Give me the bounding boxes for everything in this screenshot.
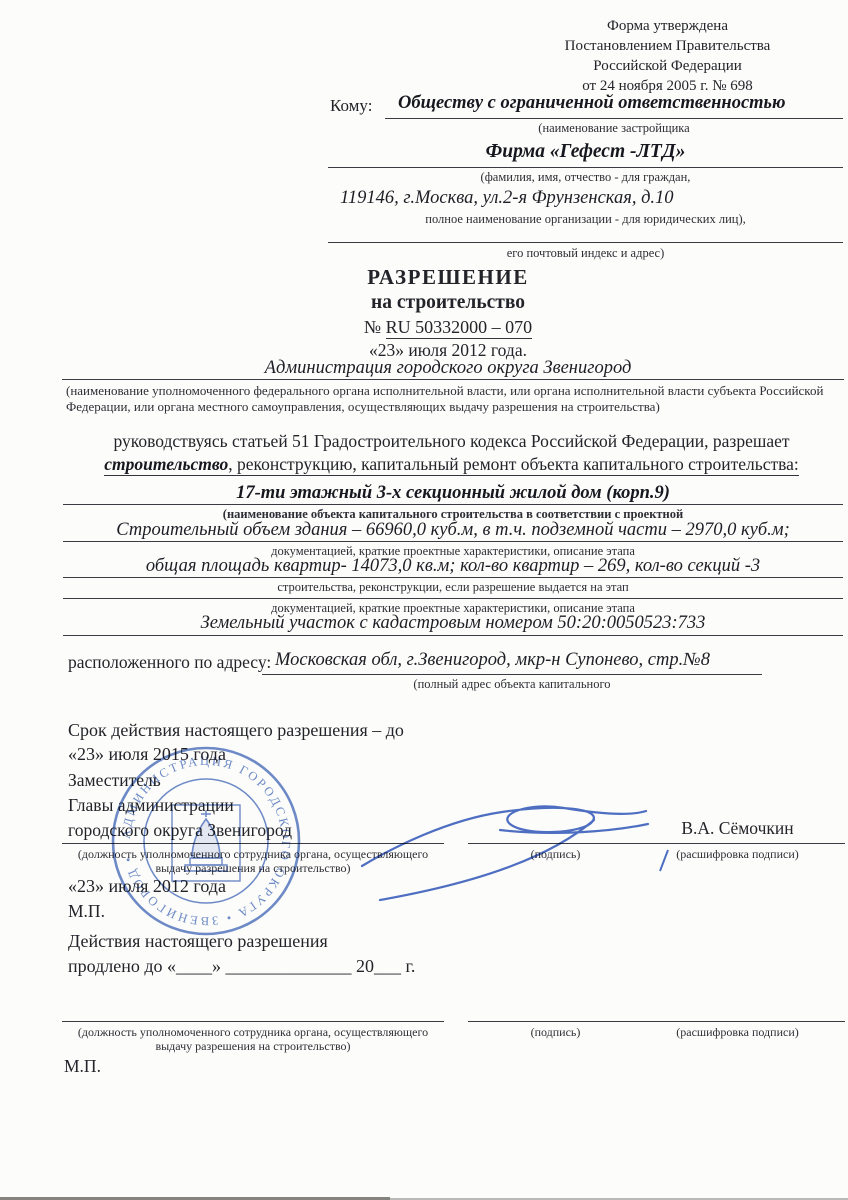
seal-place-mark: М.П.	[64, 1056, 101, 1077]
signer-name: В.А. Сёмочкин	[630, 818, 845, 839]
field-rule	[63, 504, 843, 505]
authority-caption-line: (наименование уполномоченного федерально…	[66, 383, 844, 399]
authority-caption-line: Федерации, или органа местного самоуправ…	[66, 399, 844, 415]
position-caption: (должность уполномоченного сотрудника ор…	[62, 1025, 444, 1053]
addressee-org-type: Обществу с ограниченной ответственностью	[398, 93, 786, 114]
construction-permit-document: Форма утверждена Постановлением Правител…	[0, 0, 848, 1200]
addressee-caption: (фамилия, имя, отчество - для граждан,	[328, 170, 843, 184]
official-round-stamp-icon: АДМИНИСТРАЦИЯ ГОРОДСКОГО ОКРУГА • ЗВЕНИГ…	[106, 741, 306, 941]
name-caption: (расшифровка подписи)	[630, 1025, 845, 1039]
addressee-label: Кому:	[330, 96, 372, 116]
extension-line2: продлено до «____» ______________ 20___ …	[68, 956, 415, 977]
addressee-org-address: 119146, г.Москва, ул.2-я Фрунзенская, д.…	[340, 188, 674, 209]
field-rule	[62, 1021, 444, 1022]
field-rule	[385, 118, 843, 119]
addressee-caption: полное наименование организации - для юр…	[328, 212, 843, 226]
form-approval-block: Форма утверждена Постановлением Правител…	[545, 16, 790, 96]
field-rule	[63, 635, 843, 636]
handwritten-signature-icon	[352, 778, 652, 928]
field-rule	[63, 577, 843, 578]
permit-number-value: RU 50332000 – 070	[386, 317, 533, 339]
sign-caption: (подпись)	[468, 1025, 643, 1039]
approval-line: Российской Федерации	[545, 56, 790, 76]
field-rule	[630, 1021, 845, 1022]
intro-line2-rest: , реконструкцию, капитальный ремонт объе…	[228, 454, 799, 474]
permit-number-label: №	[364, 317, 386, 337]
address-label: расположенного по адресу:	[68, 652, 271, 673]
field-rule	[62, 379, 844, 380]
address-value: Московская обл, г.Звенигород, мкр-н Супо…	[275, 650, 710, 671]
object-name-caption: (наименование объекта капитального строи…	[63, 507, 843, 521]
object-parcel: Земельный участок с кадастровым номером …	[63, 613, 843, 634]
field-rule	[630, 843, 845, 844]
authority-caption: (наименование уполномоченного федерально…	[66, 383, 844, 414]
object-area-caption: строительства, реконструкции, если разре…	[63, 580, 843, 594]
document-subtitle: на строительство	[34, 292, 848, 314]
permit-number-row: № RU 50332000 – 070	[34, 317, 848, 338]
validity-line1: Срок действия настоящего разрешения – до	[68, 720, 404, 741]
field-rule	[262, 674, 762, 675]
document-title: РАЗРЕШЕНИЕ	[34, 265, 848, 290]
approval-line: Форма утверждена	[545, 16, 790, 36]
field-rule	[328, 242, 843, 243]
approval-line: Постановлением Правительства	[545, 36, 790, 56]
field-rule	[63, 598, 843, 599]
position-caption-line: выдачу разрешения на строительство)	[62, 1039, 444, 1053]
pen-stroke-icon	[657, 848, 671, 874]
object-area: общая площадь квартир- 14073,0 кв.м; кол…	[63, 556, 843, 577]
intro-line1: руководствуясь статьей 51 Градостроитель…	[54, 431, 848, 452]
addressee-caption: (наименование застройщика	[385, 121, 843, 135]
field-rule	[468, 1021, 643, 1022]
intro-line2-emphasis: строительство	[104, 454, 228, 474]
addressee-caption: его почтовый индекс и адрес)	[328, 246, 843, 260]
addressee-org-name: Фирма «Гефест -ЛТД»	[328, 141, 843, 163]
field-rule	[328, 167, 843, 168]
address-caption: (полный адрес объекта капитального	[262, 677, 762, 691]
intro-line2: строительство, реконструкцию, капитальны…	[54, 454, 848, 475]
position-caption-line: (должность уполномоченного сотрудника ор…	[62, 1025, 444, 1039]
object-volume: Строительный объем здания – 66960,0 куб.…	[63, 520, 843, 541]
field-rule	[63, 541, 843, 542]
issuing-authority: Администрация городского округа Звенигор…	[34, 358, 848, 379]
object-name: 17-ти этажный 3-х секционный жилой дом (…	[63, 483, 843, 504]
seal-place-mark: М.П.	[68, 901, 105, 922]
